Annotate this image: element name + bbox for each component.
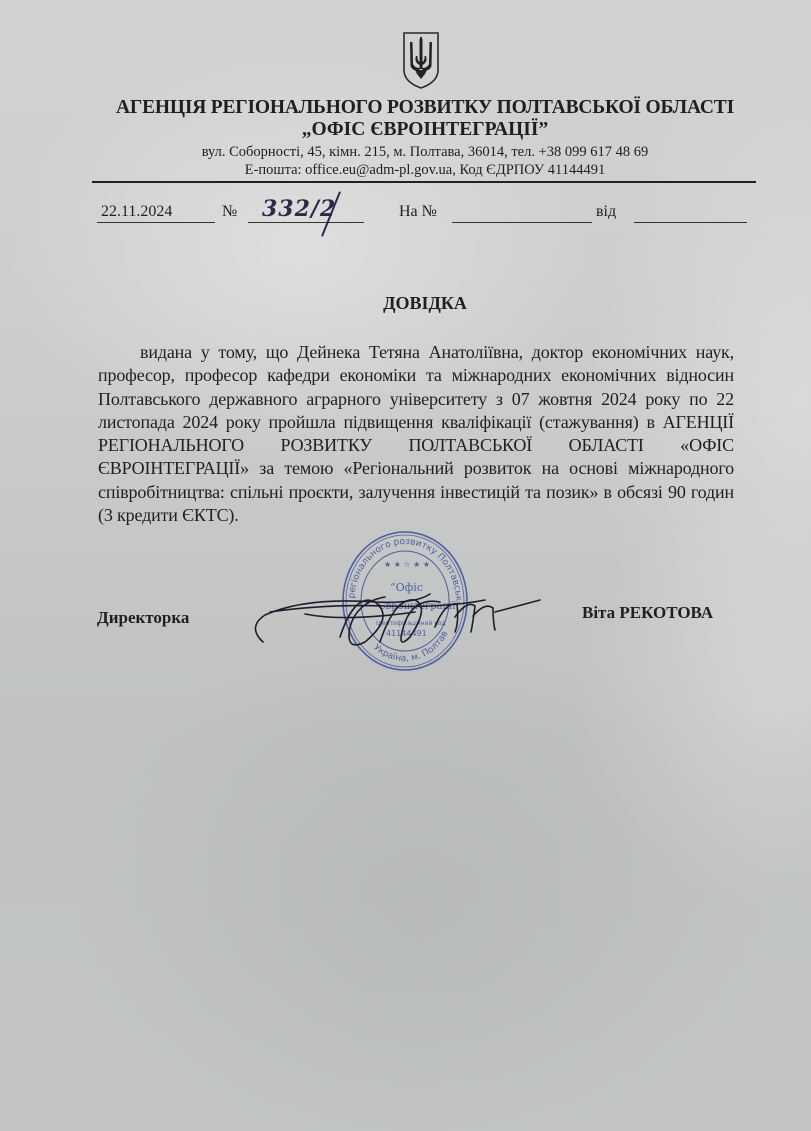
- organization-address: вул. Соборності, 45, кімн. 215, м. Полта…: [90, 143, 760, 161]
- registration-row: 22.11.2024 № 332/2 На № від: [0, 198, 811, 228]
- organization-contacts: E-пошта: office.eu@adm-pl.gov.ua, Код ЄД…: [90, 161, 760, 179]
- document-body: видана у тому, що Дейнека Тетяна Анатолі…: [98, 341, 734, 527]
- letterhead-divider: [92, 181, 756, 183]
- organization-subname: „ОФІС ЄВРОІНТЕГРАЦІЇ”: [90, 118, 760, 142]
- svg-text:★ ★ ☆ ★ ★: ★ ★ ☆ ★ ★: [384, 560, 430, 569]
- document-number-handwritten: 332/2: [262, 196, 336, 222]
- coat-of-arms-icon: [401, 30, 441, 90]
- document-date: 22.11.2024: [97, 202, 215, 223]
- reference-number-field: [452, 202, 592, 223]
- organization-name: АГЕНЦІЯ РЕГІОНАЛЬНОГО РОЗВИТКУ ПОЛТАВСЬК…: [90, 97, 760, 119]
- signer-name: Віта РЕКОТОВА: [582, 602, 713, 624]
- number-label: №: [222, 202, 237, 222]
- reference-date-label: від: [596, 202, 616, 222]
- handwritten-signature-icon: [245, 582, 550, 657]
- document-title: ДОВІДКА: [90, 292, 760, 314]
- signer-position: Директорка: [97, 607, 189, 629]
- reference-date-field: [634, 202, 747, 223]
- reference-number-label: На №: [399, 202, 437, 222]
- document-page: АГЕНЦІЯ РЕГІОНАЛЬНОГО РОЗВИТКУ ПОЛТАВСЬК…: [0, 0, 811, 1131]
- document-number-field: 332/2: [248, 202, 364, 223]
